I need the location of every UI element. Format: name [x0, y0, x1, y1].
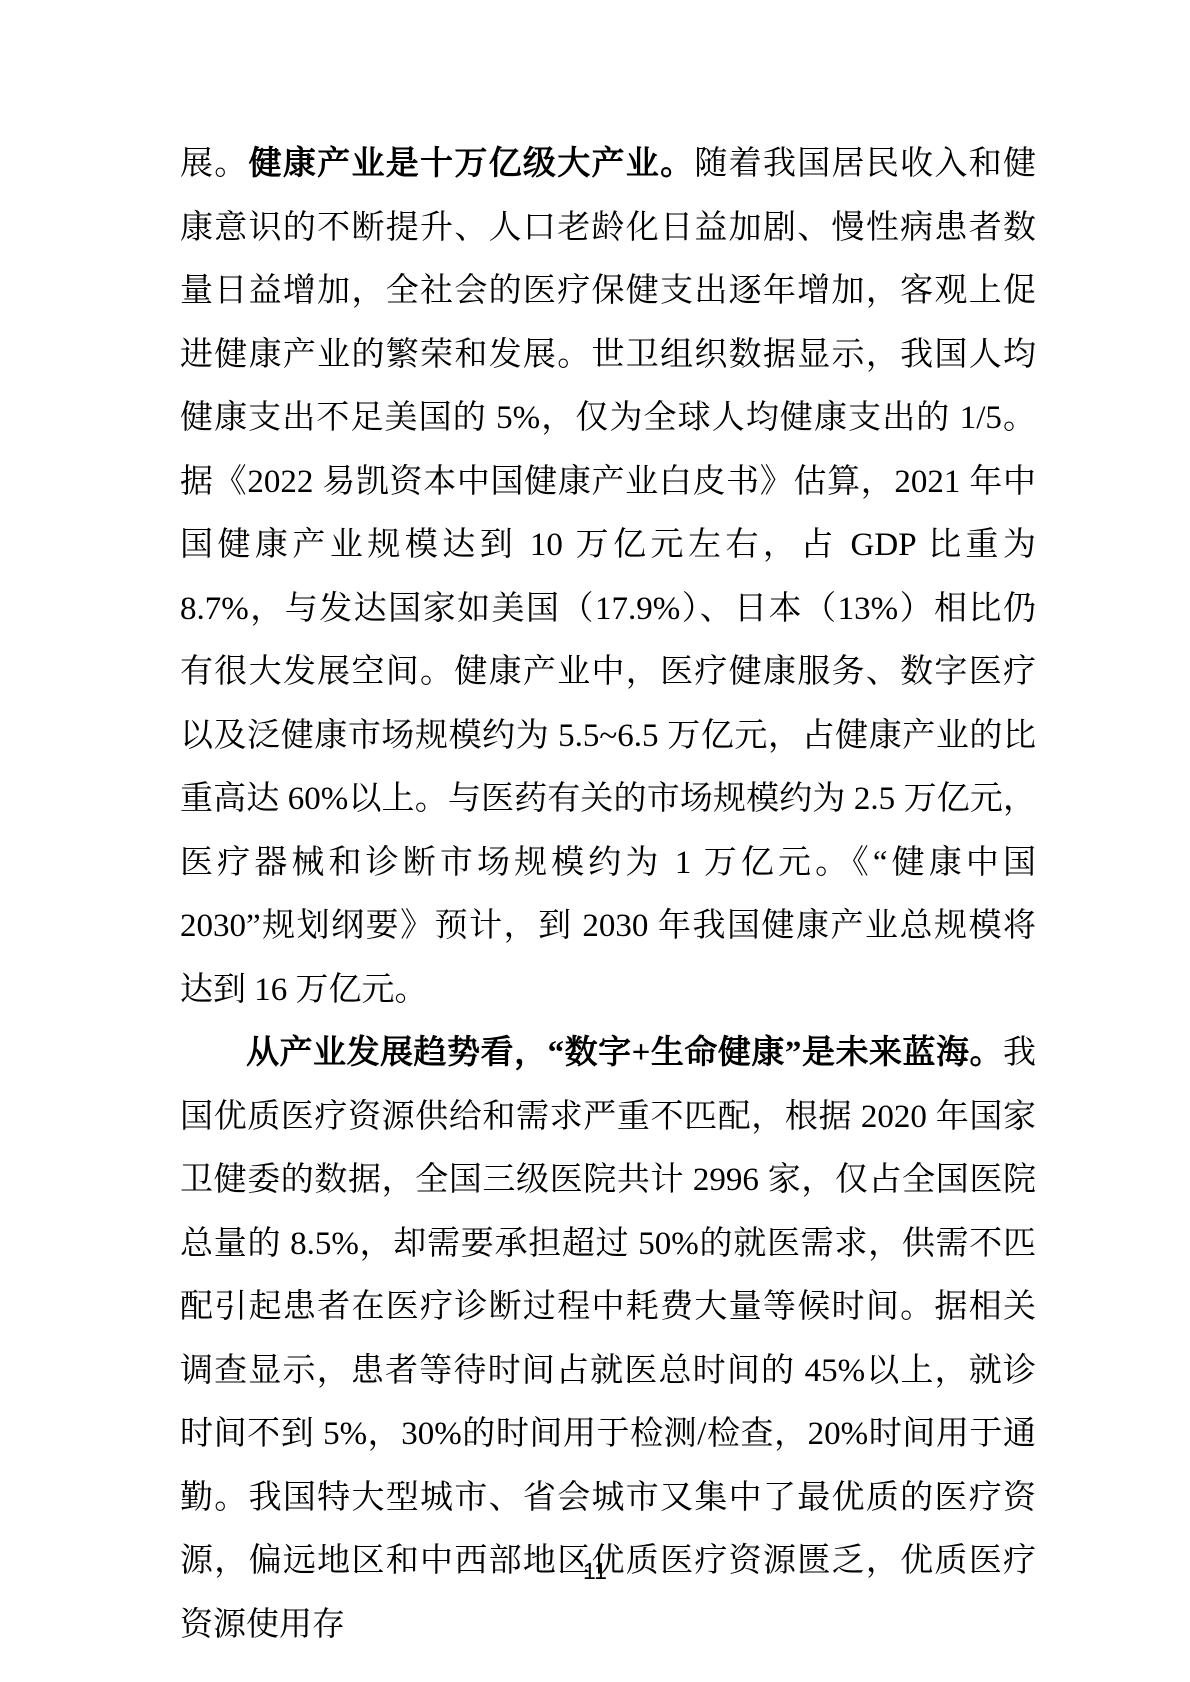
document-body: 展。健康产业是十万亿级大产业。随着我国居民收入和健康意识的不断提升、人口老龄化日…: [180, 133, 1036, 1657]
page-number: 11: [0, 1556, 1190, 1586]
bold-text-segment: 健康产业是十万亿级大产业。: [249, 146, 695, 182]
paragraph-health-industry: 展。健康产业是十万亿级大产业。随着我国居民收入和健康意识的不断提升、人口老龄化日…: [180, 133, 1036, 1022]
text-segment: 展。: [180, 146, 249, 182]
document-page: 展。健康产业是十万亿级大产业。随着我国居民收入和健康意识的不断提升、人口老龄化日…: [0, 0, 1190, 1682]
text-segment: 我国优质医疗资源供给和需求严重不匹配，根据 2020 年国家卫健委的数据，全国三…: [180, 1035, 1036, 1643]
bold-text-segment: 从产业发展趋势看，“数字+生命健康”是未来蓝海。: [246, 1035, 1003, 1071]
text-segment: 随着我国居民收入和健康意识的不断提升、人口老龄化日益加剧、慢性病患者数量日益增加…: [180, 146, 1036, 1008]
